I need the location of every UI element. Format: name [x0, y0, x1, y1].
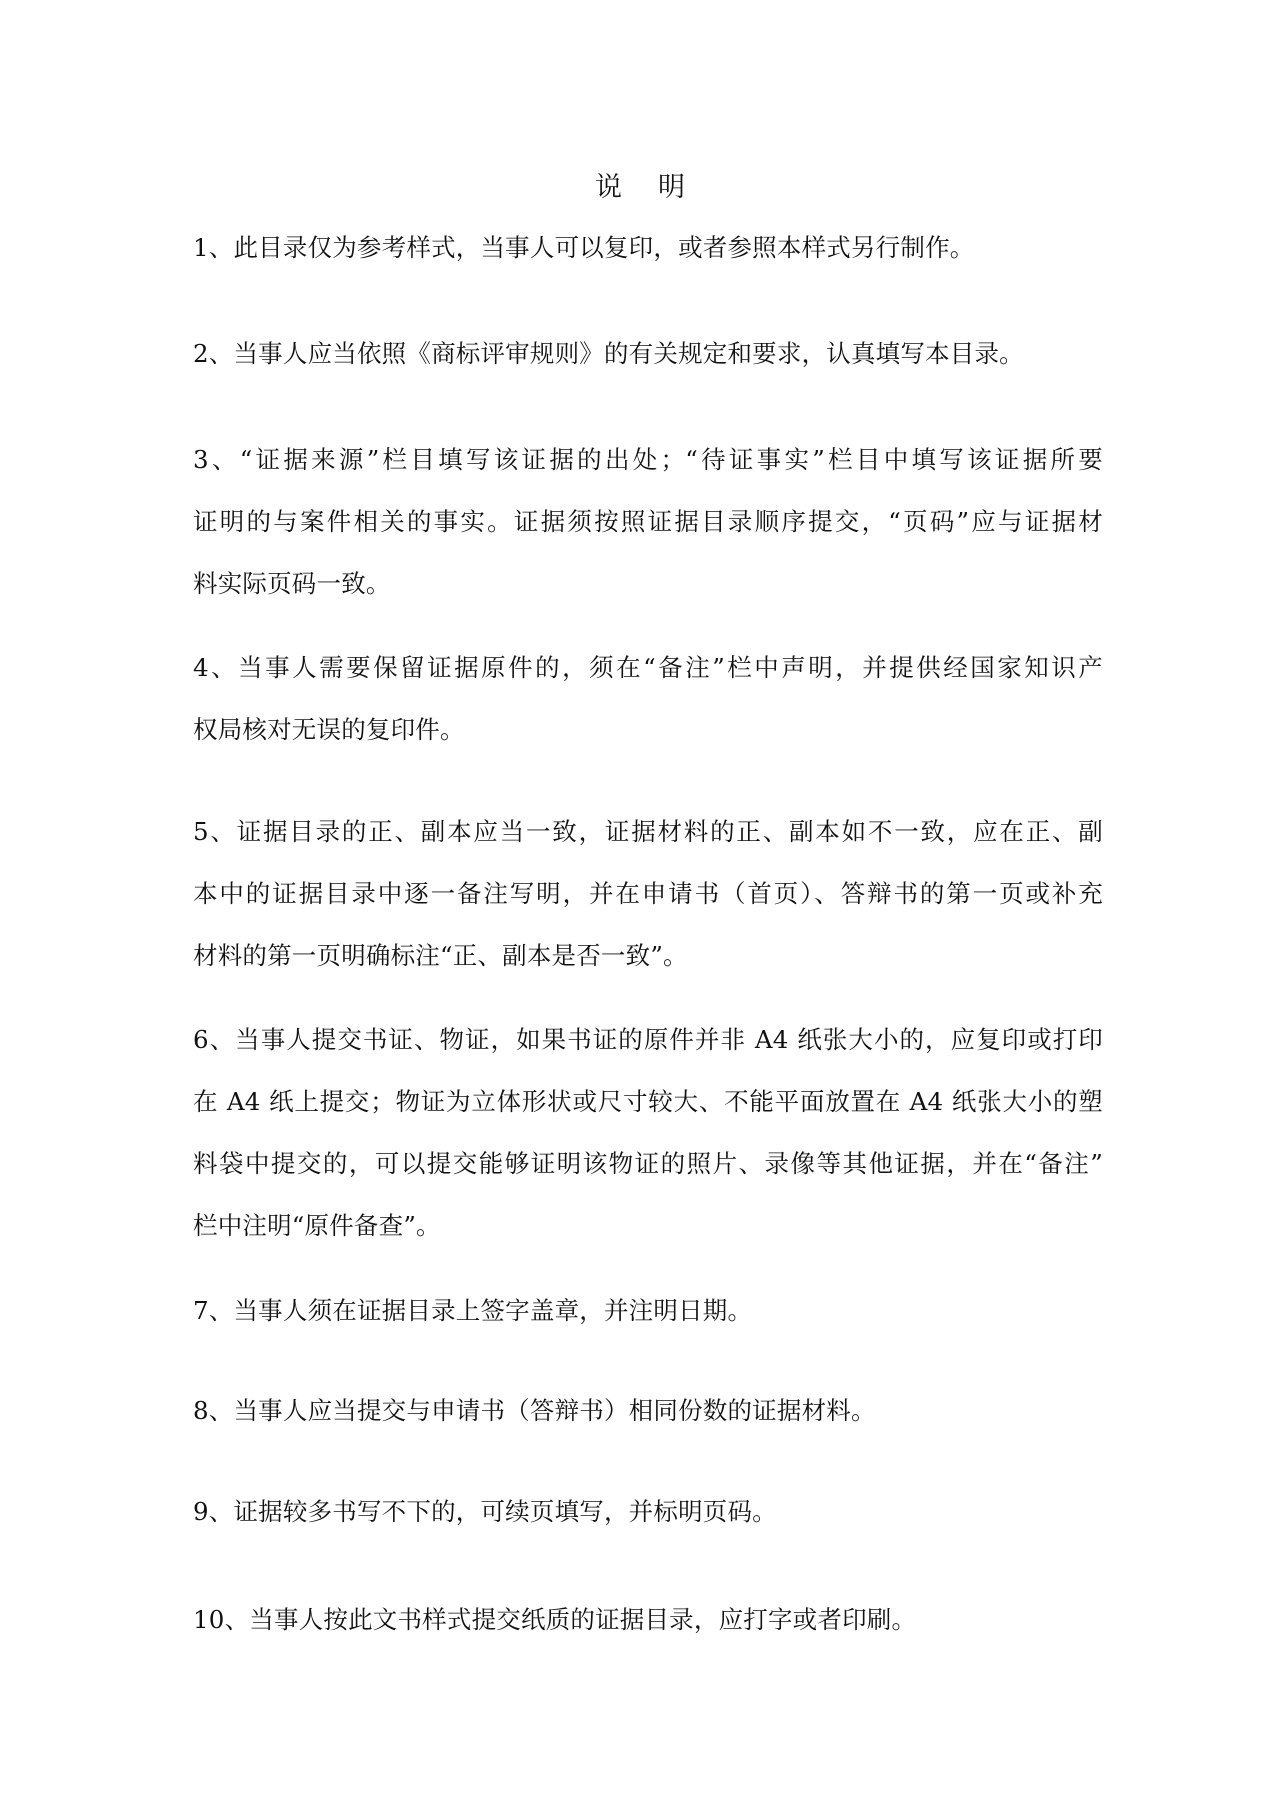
- item-3-line-1: 3、“证据来源”栏目填写该证据的出处；“待证事实”栏目中填写该证据所要: [193, 440, 1103, 502]
- instruction-item-7: 7、当事人须在证据目录上签字盖章，并注明日期。: [193, 1291, 1103, 1353]
- title-char-1: 说: [595, 168, 622, 208]
- item-10-line-1: 10、当事人按此文书样式提交纸质的证据目录，应打字或者印刷。: [193, 1600, 1103, 1662]
- instruction-item-3: 3、“证据来源”栏目填写该证据的出处；“待证事实”栏目中填写该证据所要 证明的与…: [193, 440, 1103, 626]
- item-9-line-1: 9、证据较多书写不下的，可续页填写，并标明页码。: [193, 1492, 1103, 1554]
- item-5-line-1: 5、证据目录的正、副本应当一致，证据材料的正、副本如不一致，应在正、副: [193, 812, 1103, 874]
- item-1-line-1: 1、此目录仅为参考样式，当事人可以复印，或者参照本样式另行制作。: [193, 228, 1103, 290]
- item-6-line-3: 料袋中提交的，可以提交能够证明该物证的照片、录像等其他证据，并在“备注”: [193, 1144, 1103, 1206]
- instruction-item-8: 8、当事人应当提交与申请书（答辩书）相同份数的证据材料。: [193, 1391, 1103, 1453]
- item-7-line-1: 7、当事人须在证据目录上签字盖章，并注明日期。: [193, 1291, 1103, 1353]
- item-6-line-4: 栏中注明“原件备查”。: [193, 1206, 1103, 1268]
- instruction-item-4: 4、当事人需要保留证据原件的，须在“备注”栏中声明，并提供经国家知识产 权局核对…: [193, 648, 1103, 772]
- item-5-line-3: 材料的第一页明确标注“正、副本是否一致”。: [193, 936, 1103, 998]
- title-char-2: 明: [658, 168, 685, 208]
- instruction-item-5: 5、证据目录的正、副本应当一致，证据材料的正、副本如不一致，应在正、副 本中的证…: [193, 812, 1103, 998]
- item-4-line-2: 权局核对无误的复印件。: [193, 710, 1103, 772]
- item-6-line-1: 6、当事人提交书证、物证，如果书证的原件并非 A4 纸张大小的，应复印或打印: [193, 1020, 1103, 1082]
- item-5-line-2: 本中的证据目录中逐一备注写明，并在申请书（首页）、答辩书的第一页或补充: [193, 874, 1103, 936]
- item-6-line-2: 在 A4 纸上提交；物证为立体形状或尺寸较大、不能平面放置在 A4 纸张大小的塑: [193, 1082, 1103, 1144]
- item-8-line-1: 8、当事人应当提交与申请书（答辩书）相同份数的证据材料。: [193, 1391, 1103, 1453]
- item-4-line-1: 4、当事人需要保留证据原件的，须在“备注”栏中声明，并提供经国家知识产: [193, 648, 1103, 710]
- instruction-item-6: 6、当事人提交书证、物证，如果书证的原件并非 A4 纸张大小的，应复印或打印 在…: [193, 1020, 1103, 1268]
- item-3-line-3: 料实际页码一致。: [193, 564, 1103, 626]
- instruction-item-9: 9、证据较多书写不下的，可续页填写，并标明页码。: [193, 1492, 1103, 1554]
- page-title: 说明: [0, 168, 1280, 208]
- instruction-item-1: 1、此目录仅为参考样式，当事人可以复印，或者参照本样式另行制作。: [193, 228, 1103, 290]
- instruction-item-10: 10、当事人按此文书样式提交纸质的证据目录，应打字或者印刷。: [193, 1600, 1103, 1662]
- document-page: 说明 1、此目录仅为参考样式，当事人可以复印，或者参照本样式另行制作。 2、当事…: [0, 0, 1280, 1810]
- instruction-item-2: 2、当事人应当依照《商标评审规则》的有关规定和要求，认真填写本目录。: [193, 334, 1103, 396]
- item-2-line-1: 2、当事人应当依照《商标评审规则》的有关规定和要求，认真填写本目录。: [193, 334, 1103, 396]
- item-3-line-2: 证明的与案件相关的事实。证据须按照证据目录顺序提交，“页码”应与证据材: [193, 502, 1103, 564]
